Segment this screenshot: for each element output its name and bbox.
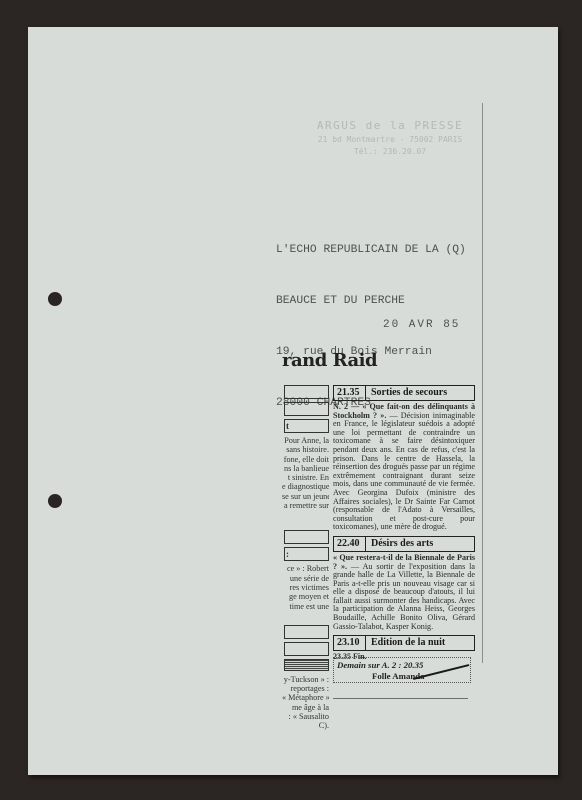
stamp-address: 21 bd Montmartre - 75002 PARIS: [290, 135, 490, 144]
program-box: [284, 530, 329, 544]
clipping-rule: [333, 698, 468, 699]
stamp-name: ARGUS de la PRESSE: [290, 119, 490, 132]
tomorrow-title: Folle Amanda: [334, 671, 470, 681]
publication-line: BEAUCE ET DU PERCHE: [276, 293, 466, 310]
left-text-block: ce » : Robert une série de res victimes …: [282, 564, 329, 610]
left-text-block: Pour Anne, la sans histoire. fone, elle …: [282, 436, 329, 510]
punch-hole-top: [48, 292, 62, 306]
program-box: [284, 402, 329, 416]
left-column: t Pour Anne, la sans histoire. fone, ell…: [282, 385, 329, 735]
program-box: t: [284, 419, 329, 433]
date-stamp: 20 AVR 85: [383, 319, 460, 331]
argus-stamp: ARGUS de la PRESSE 21 bd Montmartre - 75…: [290, 119, 490, 156]
tv-listings: 21.35 Sorties de secours N. 2 — « Que fa…: [333, 385, 475, 662]
program-box: [284, 385, 329, 399]
stamp-phone: Tél.: 236.20.07: [290, 147, 490, 156]
publication-line: L'ECHO REPUBLICAIN DE LA (Q): [276, 242, 466, 259]
program-time: 23.10: [334, 636, 366, 650]
program-title: Sorties de secours: [366, 386, 447, 400]
punch-hole-bottom: [48, 494, 62, 508]
program-title: Désirs des arts: [366, 537, 433, 551]
hatched-box: [284, 659, 329, 671]
left-text-block: y-Tuckson » : reportages : « Métaphore »…: [282, 675, 329, 731]
clipping-edge: [482, 103, 483, 663]
program-time: 22.40: [334, 537, 366, 551]
program-description: « Que restera-t-il de la Biennale de Par…: [333, 554, 475, 631]
program-box: :: [284, 547, 329, 561]
program-header: 23.10 Edition de la nuit: [333, 635, 475, 651]
program-box: [284, 625, 329, 639]
program-title: Edition de la nuit: [366, 636, 445, 650]
program-box: [284, 642, 329, 656]
program-time: 21.35: [334, 386, 366, 400]
program-header: 21.35 Sorties de secours: [333, 385, 475, 401]
clipping-headline: rand Raid: [282, 350, 377, 371]
program-description: N. 2 — « Que fait-on des délinquants à S…: [333, 403, 475, 532]
program-header: 22.40 Désirs des arts: [333, 536, 475, 552]
